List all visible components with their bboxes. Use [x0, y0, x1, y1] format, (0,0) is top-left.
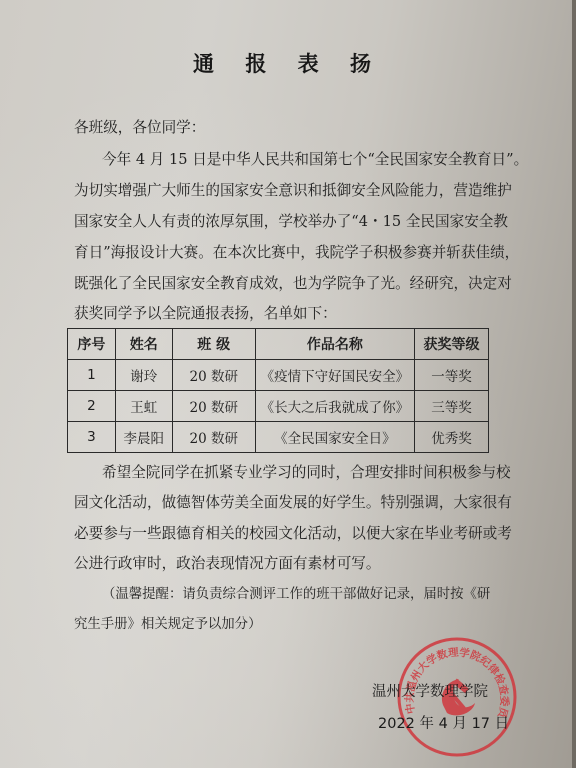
- paragraph1-line: 获奖同学予以全院通报表扬，名单如下：: [74, 304, 514, 324]
- table-header-row: 序号 姓名 班 级 作品名称 获奖等级: [68, 329, 489, 360]
- paragraph2-line: 公进行政审时，政治表现情况方面有素材可写。: [74, 554, 514, 574]
- cell-number: 3: [68, 422, 116, 453]
- cell-award-level: 优秀奖: [415, 422, 489, 453]
- paragraph1-line: 育日”海报设计大赛。在本次比赛中，我院学子积极参赛并斩获佳绩，: [74, 243, 514, 263]
- cell-work-title: 《疫情下守好国民安全》: [255, 360, 414, 391]
- signature-date: 2022 年 4 月 17 日: [378, 712, 509, 733]
- header-name: 姓名: [115, 329, 172, 360]
- header-number: 序号: [68, 329, 116, 360]
- reminder-note-line: （温馨提醒：请负责综合测评工作的班干部做好记录，届时按《研: [102, 585, 542, 605]
- cell-class: 20 数研: [172, 391, 255, 422]
- header-class: 班 级: [172, 329, 255, 360]
- cell-name: 谢玲: [115, 360, 172, 391]
- table-row: 3 李晨阳 20 数研 《全民国家安全日》 优秀奖: [68, 422, 489, 453]
- cell-work-title: 《长大之后我就成了你》: [255, 391, 414, 422]
- salutation: 各班级，各位同学：: [74, 118, 514, 138]
- paragraph1-line: 为切实增强广大师生的国家安全意识和抵御安全风险能力，营造维护: [74, 181, 514, 201]
- reminder-note-line: 究生手册》相关规定予以加分）: [74, 615, 514, 635]
- header-award-level: 获奖等级: [415, 329, 489, 360]
- cell-class: 20 数研: [172, 422, 255, 453]
- cell-award-level: 三等奖: [415, 391, 489, 422]
- header-work-title: 作品名称: [255, 329, 414, 360]
- awards-table: 序号 姓名 班 级 作品名称 获奖等级 1 谢玲 20 数研 《疫情下守好国民安…: [67, 328, 489, 453]
- paragraph1-line: 国家安全人人有责的浓厚氛围，学校举办了“4・15 全民国家安全教: [74, 212, 514, 232]
- cell-number: 2: [68, 391, 116, 422]
- paragraph2-line: 希望全院同学在抓紧专业学习的同时，合理安排时间积极参与校: [102, 463, 542, 483]
- cell-number: 1: [68, 360, 116, 391]
- cell-class: 20 数研: [172, 360, 255, 391]
- paragraph2-line: 必要参与一些跟德育相关的校园文化活动，以便大家在毕业考研或考: [74, 524, 514, 544]
- paragraph2-line: 园文化活动，做德智体劳美全面发展的好学生。特别强调，大家很有: [74, 493, 514, 513]
- paragraph1-line: 今年 4 月 15 日是中华人民共和国第七个“全民国家安全教育日”。: [102, 150, 542, 170]
- cell-work-title: 《全民国家安全日》: [255, 422, 414, 453]
- signature-organization: 温州大学数理学院: [372, 680, 488, 701]
- paragraph1-line: 既强化了全民国家安全教育成效，也为学院争了光。经研究，决定对: [74, 274, 514, 294]
- cell-award-level: 一等奖: [415, 360, 489, 391]
- table-row: 1 谢玲 20 数研 《疫情下守好国民安全》 一等奖: [68, 360, 489, 391]
- table-row: 2 王虹 20 数研 《长大之后我就成了你》 三等奖: [68, 391, 489, 422]
- document-title: 通 报 表 扬: [0, 48, 576, 78]
- cell-name: 王虹: [115, 391, 172, 422]
- cell-name: 李晨阳: [115, 422, 172, 453]
